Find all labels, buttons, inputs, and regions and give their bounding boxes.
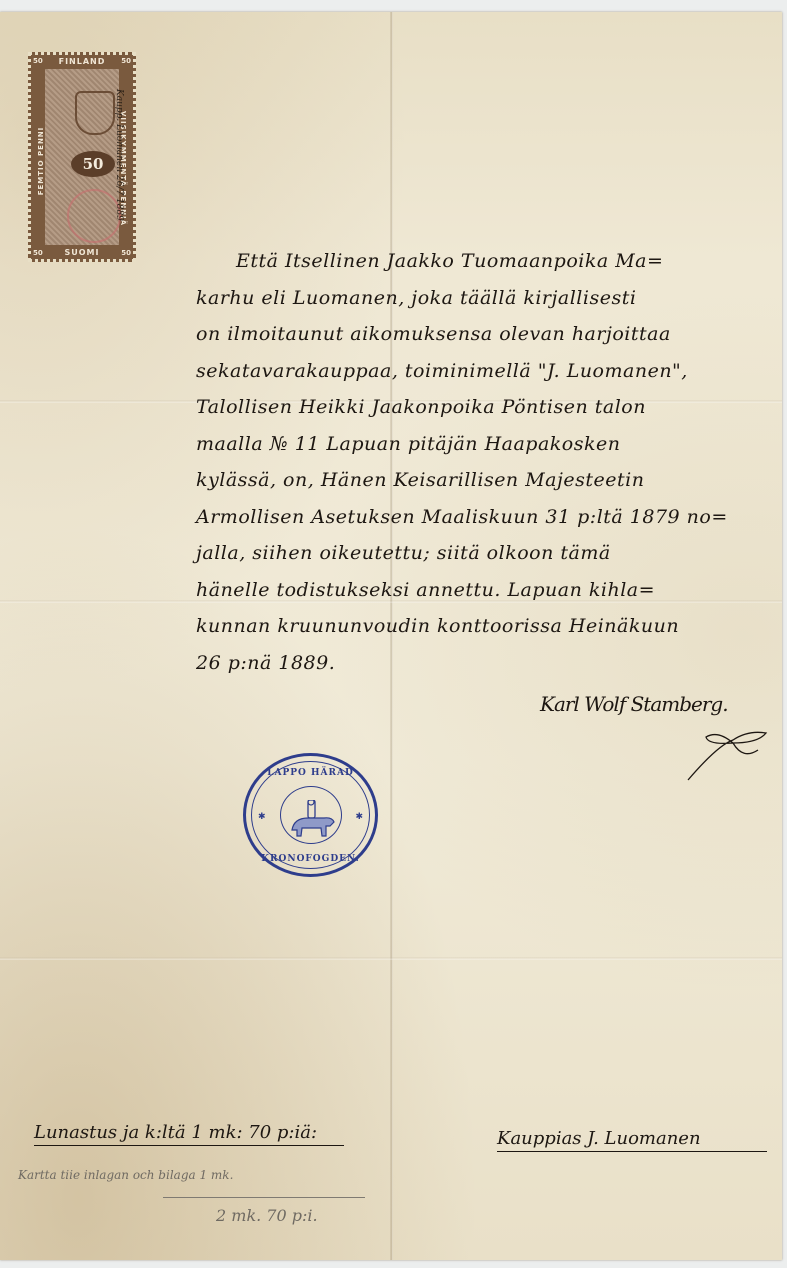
bear-with-rider-icon — [288, 800, 336, 840]
body-line: 26 p:nä 1889. — [196, 652, 776, 689]
seal-top-text: LAPPO HÄRAD — [246, 768, 375, 778]
pencil-note: Kartta tiie inlagan och bilaga 1 mk. — [18, 1168, 233, 1182]
stamp-corner-value: 50 — [121, 57, 131, 65]
stamp-left-label: FEMTIO PENNI — [37, 111, 45, 211]
stamp-handwritten-cancellation: Kaupp. Luomanen 26/7 1889 — [75, 89, 125, 239]
stamp-corner-value: 50 — [33, 249, 43, 257]
body-line: kylässä, on, Hänen Keisarillisen Majeste… — [196, 469, 776, 506]
star-icon: ✱ — [258, 812, 266, 822]
body-line: sekatavarakauppaa, toiminimellä "J. Luom… — [196, 360, 776, 397]
stamp-bottom-label: SUOMI — [31, 248, 133, 257]
body-line: hänelle todistukseksi annettu. Lapuan ki… — [196, 579, 776, 616]
stamp-top-label: FINLAND — [31, 57, 133, 66]
body-line: maalla № 11 Lapuan pitäjän Haapakosken — [196, 433, 776, 470]
pencil-total: 2 mk. 70 p:i. — [216, 1206, 318, 1225]
seal-bottom-text: KRONOFOGDEN. — [246, 854, 375, 864]
fee-statement: Lunastus ja k:ltä 1 mk: 70 p:iä: — [34, 1122, 344, 1146]
official-seal: LAPPO HÄRAD KRONOFOGDEN. ✱ ✱ — [243, 753, 378, 877]
horizontal-fold-crease — [0, 957, 782, 960]
pencil-sum-rule — [163, 1197, 365, 1198]
body-line: kunnan kruununvoudin konttoorissa Heinäk… — [196, 615, 776, 652]
revenue-stamp: FINLAND SUOMI FEMTIO PENNI VIISIKYMMENTÄ… — [28, 52, 136, 262]
certificate-body: Että Itsellinen Jaakko Tuomaanpoika Ma= … — [196, 250, 776, 688]
signature-flourish-icon — [678, 725, 773, 785]
body-line: Talollisen Heikki Jaakonpoika Pöntisen t… — [196, 396, 776, 433]
body-line: jalla, siihen oikeutettu; siitä olkoon t… — [196, 542, 776, 579]
body-line: Että Itsellinen Jaakko Tuomaanpoika Ma= — [196, 250, 776, 287]
star-icon: ✱ — [355, 812, 363, 822]
stamp-engraving: 50 Kaupp. Luomanen 26/7 1889 — [45, 69, 119, 245]
body-line: Armollisen Asetuksen Maaliskuun 31 p:ltä… — [196, 506, 776, 543]
stamp-corner-value: 50 — [121, 249, 131, 257]
official-signature: Karl Wolf Stamberg. — [540, 692, 728, 716]
stamp-corner-value: 50 — [33, 57, 43, 65]
body-line: on ilmoitaunut aikomuksensa olevan harjo… — [196, 323, 776, 360]
body-line: karhu eli Luomanen, joka täällä kirjalli… — [196, 287, 776, 324]
merchant-signature: Kauppias J. Luomanen — [497, 1128, 767, 1152]
